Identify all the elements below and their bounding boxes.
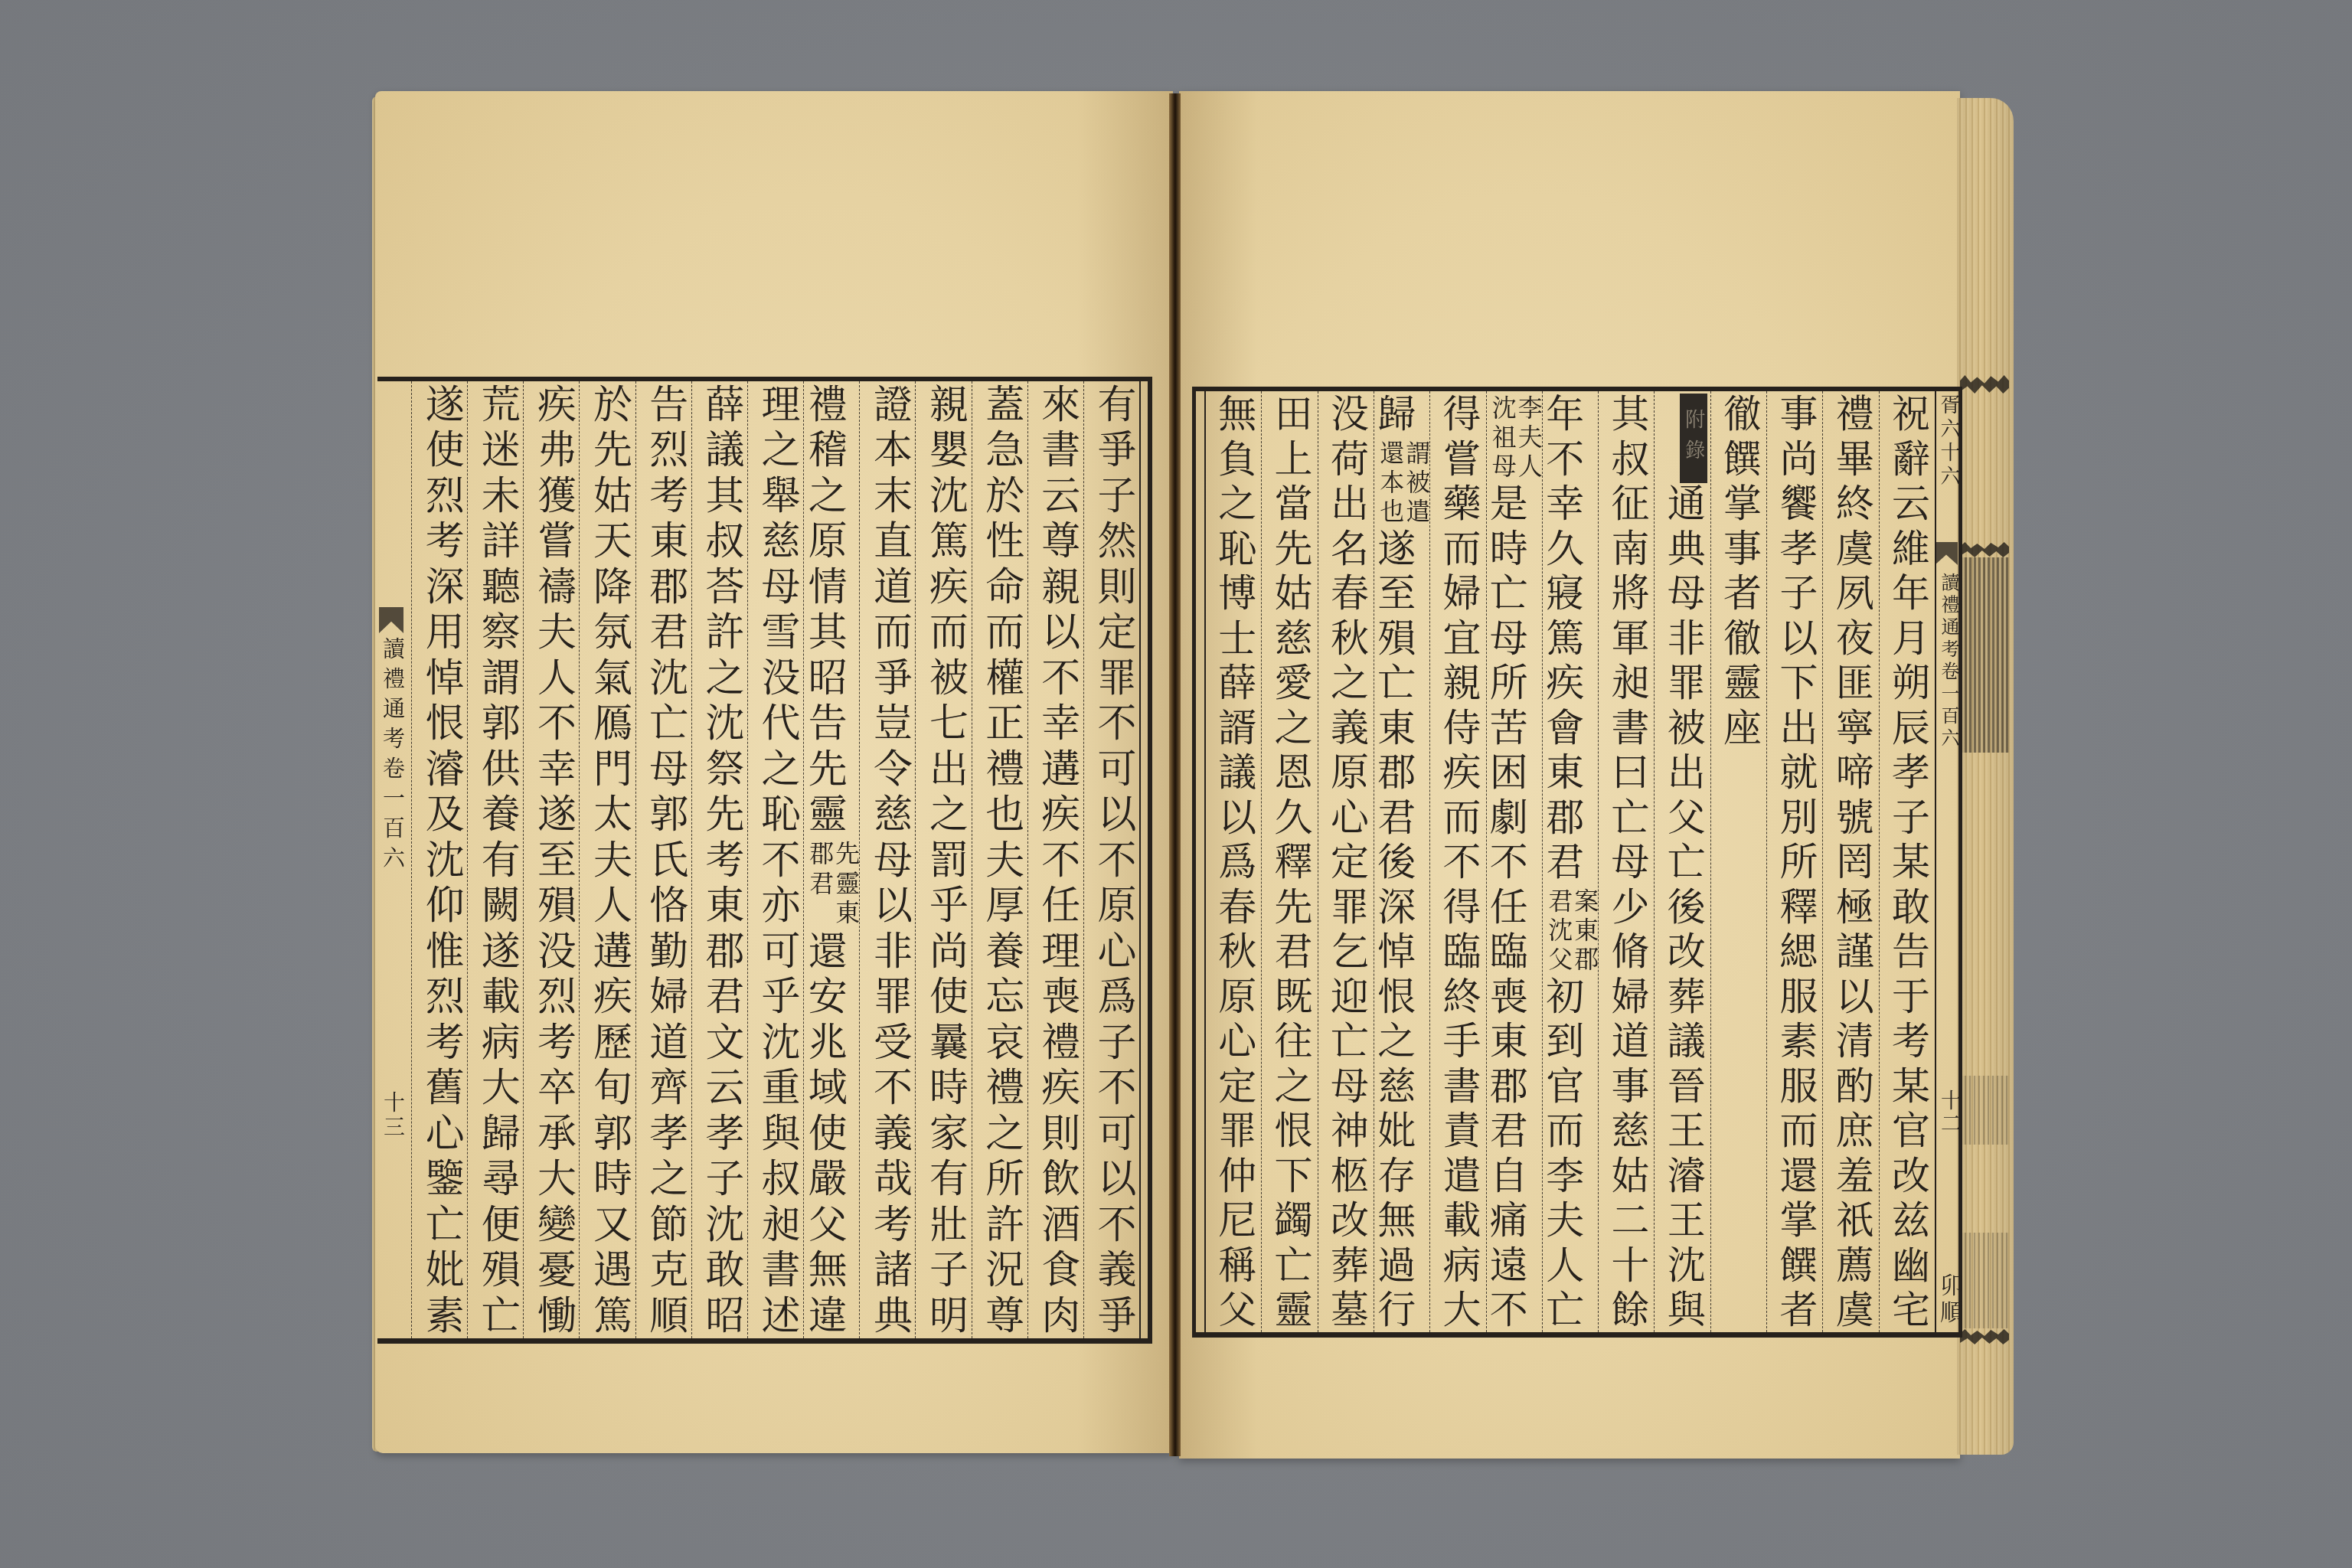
text-column: 李夫人沈祖母是時亡母所苦困劇不任臨喪東郡君自痛遠不 (1486, 391, 1542, 1332)
main-text: 告烈考東郡君沈亡母郭氏恪勤婦道齊孝之節克順 (642, 384, 688, 1338)
main-text: 禮畢終虞夙夜匪寧啼號罔極謹以清酌庶羞祇薦虞 (1830, 394, 1874, 1332)
text-column: 祝辭云維年月朔辰孝子某敢告于考某官改兹幽宅 (1879, 391, 1935, 1332)
text-column: 其叔征南將軍昶書曰亡母少脩婦道事慈姑二十餘 (1598, 391, 1654, 1332)
text-column: 親嬰沈篤疾而被七出之罰乎尚使曩時家有壯子明 (915, 381, 971, 1338)
main-text: 其叔征南將軍昶書曰亡母少脩婦道事慈姑二十餘 (1605, 394, 1649, 1332)
main-text: 祝辭云維年月朔辰孝子某敢告于考某官改兹幽宅 (1886, 394, 1930, 1332)
text-column: 告烈考東郡君沈亡母郭氏恪勤婦道齊孝之節克順 (635, 381, 691, 1338)
text-column: 歸謂被遣還本也遂至殞亡東郡君後深悼恨之慈妣存無過行 (1374, 391, 1429, 1332)
main-text: 證本末直道而爭豈令慈母以非罪受不義哉考諸典 (866, 384, 911, 1338)
right-page-columns: 祝辭云維年月朔辰孝子某敢告于考某官改兹幽宅 禮畢終虞夙夜匪寧啼號罔極謹以清酌庶羞… (1204, 391, 1936, 1332)
text-column: 得嘗藥而婦宜親侍疾而不得臨終手書責遣載病大 (1429, 391, 1485, 1332)
fore-edge-carver-bleed (1960, 1233, 2009, 1328)
main-text: 親嬰沈篤疾而被七出之罰乎尚使曩時家有壯子明 (923, 384, 968, 1338)
text-column: 無負之恥博士薛諝議以爲春秋原心定罪仲尼稱父 (1206, 391, 1261, 1332)
main-text: 通典母非罪被出父亡後改葬議晉王濬王沈與 (1661, 483, 1706, 1332)
main-text: 蓋急於性命而權正禮也夫厚養忘哀禮之所許況尊 (978, 384, 1024, 1338)
text-column: 附錄通典母非罪被出父亡後改葬議晉王濬王沈與 (1654, 391, 1710, 1332)
right-page-page-number: 十二 (1934, 1089, 1962, 1135)
text-column: 遂使烈考深用悼恨濬及沈仰惟烈考舊心鑒亡妣素 (411, 381, 467, 1338)
text-column: 疾弗獲嘗禱夫人不幸遂至殞没烈考卒承大變憂慟 (523, 381, 579, 1338)
left-page-margin-title: 讀禮通考卷一百六 (378, 637, 406, 876)
main-text: 初到官而李夫人亡 (1542, 976, 1584, 1333)
text-column: 證本末直道而爭豈令慈母以非罪受不義哉考諸典 (859, 381, 915, 1338)
main-text: 田上當先姑慈愛之恩久釋先君既往之恨下蠲亡靈 (1269, 394, 1313, 1332)
main-text: 没荷出名春秋之義原心定罪乞迎亡母神柩改葬墓 (1325, 394, 1369, 1332)
fore-edge-page-number-bleed (1960, 1076, 2009, 1145)
text-column: 年不幸久寢篤疾會東郡君案東郡君沈父初到官而李夫人亡 (1542, 391, 1598, 1332)
main-text: 遂至殞亡東郡君後深悼恨之慈妣存無過行 (1374, 528, 1416, 1333)
text-column: 禮畢終虞夙夜匪寧啼號罔極謹以清酌庶羞祇薦虞 (1822, 391, 1878, 1332)
right-page-margin-top-text: 胥六十六 (1934, 394, 1962, 489)
interlinear-note: 謂被遣還本也 (1377, 439, 1429, 528)
main-text: 理之舉慈母雪没代之恥不亦可乎沈重與叔昶書述 (754, 384, 799, 1338)
text-column: 事尚饗孝子以下出就別所釋緦服素服而還掌饌者 (1766, 391, 1822, 1332)
text-column: 來書云尊親以不幸遘疾不任理喪禮疾則飲酒食肉 (1027, 381, 1083, 1338)
fore-edge-title-bleed (1960, 557, 2009, 753)
main-text: 得嘗藥而婦宜親侍疾而不得臨終手書責遣載病大 (1437, 394, 1481, 1332)
main-text: 遂使烈考深用悼恨濬及沈仰惟烈考舊心鑒亡妣素 (418, 384, 463, 1338)
main-text: 於先姑天降氛氣鴈門太夫人遘疾歷旬郭時又遇篤 (586, 384, 632, 1338)
main-text: 是時亡母所苦困劇不任臨喪東郡君自痛遠不 (1486, 483, 1528, 1332)
left-page-columns: 有爭子然則定罪不可以不原心爲子不可以不義爭 來書云尊親以不幸遘疾不任理喪禮疾則飲… (411, 381, 1141, 1338)
text-column: 荒迷未詳聽察謂郭供養有闕遂載病大歸尋便殞亡 (467, 381, 523, 1338)
interlinear-note: 李夫人沈祖母 (1490, 394, 1542, 483)
text-column: 有爭子然則定罪不可以不原心爲子不可以不義爭 (1083, 381, 1139, 1338)
main-text: 徹饌掌事者徹靈座 (1717, 394, 1762, 752)
right-page-text-frame: 祝辭云維年月朔辰孝子某敢告于考某官改兹幽宅 禮畢終虞夙夜匪寧啼號罔極謹以清酌庶羞… (1192, 387, 1962, 1338)
main-text: 來書云尊親以不幸遘疾不任理喪禮疾則飲酒食肉 (1034, 384, 1080, 1338)
interlinear-note: 先靈東郡君 (807, 839, 859, 930)
main-text: 禮稽之原情其昭告先靈 (803, 384, 846, 839)
text-column: 没荷出名春秋之義原心定罪乞迎亡母神柩改葬墓 (1318, 391, 1374, 1332)
main-text: 歸 (1374, 394, 1416, 439)
text-column: 理之舉慈母雪没代之恥不亦可乎沈重與叔昶書述 (747, 381, 803, 1338)
main-text: 荒迷未詳聽察謂郭供養有闕遂載病大歸尋便殞亡 (474, 384, 519, 1338)
text-column: 於先姑天降氛氣鴈門太夫人遘疾歷旬郭時又遇篤 (579, 381, 635, 1338)
main-text: 疾弗獲嘗禱夫人不幸遂至殞没烈考卒承大變憂慟 (530, 384, 575, 1338)
appendix-tag: 附錄 (1680, 394, 1707, 483)
right-page-carver-name: 卯順 (1934, 1273, 1962, 1327)
right-page-margin-title: 讀禮通考卷一百六 (1934, 573, 1962, 750)
text-column: 薛議其叔荅許之沈祭先考東郡君文云孝子沈敢昭 (691, 381, 747, 1338)
left-page-text-frame: 有爭子然則定罪不可以不原心爲子不可以不義爭 來書云尊親以不幸遘疾不任理喪禮疾則飲… (377, 377, 1152, 1344)
main-text: 有爭子然則定罪不可以不原心爲子不可以不義爭 (1090, 384, 1135, 1338)
text-column: 徹饌掌事者徹靈座 (1710, 391, 1766, 1332)
book-gutter (1169, 93, 1181, 1456)
text-column: 田上當先姑慈愛之恩久釋先君既往之恨下蠲亡靈 (1261, 391, 1317, 1332)
text-column: 蓋急於性命而權正禮也夫厚養忘哀禮之所許況尊 (972, 381, 1027, 1338)
main-text: 還安兆域使嚴父無違 (803, 930, 846, 1338)
left-page-page-number: 十三 (378, 1091, 406, 1140)
interlinear-note: 案東郡君沈父 (1546, 887, 1598, 976)
main-text: 薛議其叔荅許之沈祭先考東郡君文云孝子沈敢昭 (698, 384, 743, 1338)
text-column: 禮稽之原情其昭告先靈先靈東郡君還安兆域使嚴父無違 (803, 381, 859, 1338)
main-text: 無負之恥博士薛諝議以爲春秋原心定罪仲尼稱父 (1212, 394, 1256, 1332)
main-text: 年不幸久寢篤疾會東郡君 (1542, 394, 1584, 887)
main-text: 事尚饗孝子以下出就別所釋緦服素服而還掌饌者 (1773, 394, 1818, 1332)
